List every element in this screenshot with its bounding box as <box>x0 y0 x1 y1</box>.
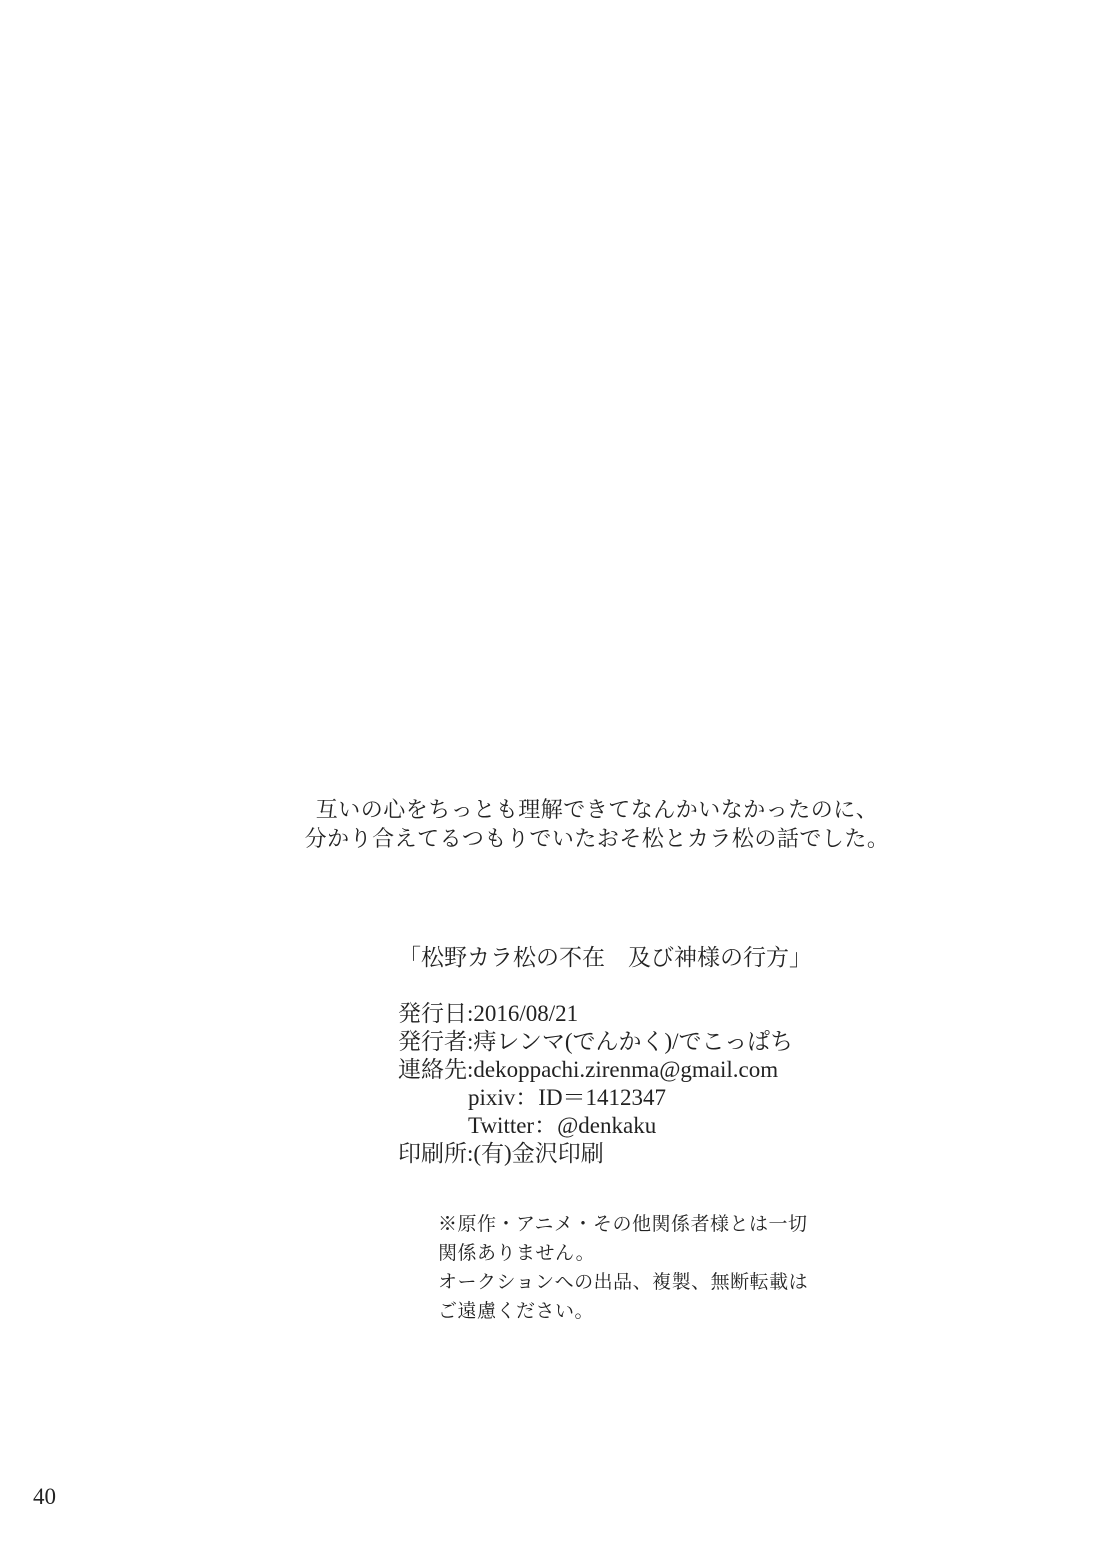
twitter-handle: Twitter：@denkaku <box>398 1112 812 1140</box>
doujinshi-colophon-page: 互いの心をちっとも理解できてなんかいなかったのに、 分かり合えてるつもりでいたお… <box>0 0 1100 1553</box>
colophon-block: 「松野カラ松の不在 及び神様の行方」 発行日:2016/08/21 発行者:痔レ… <box>398 944 812 1168</box>
disclaimer-line: オークションへの出品、複製、無断転載は <box>438 1268 808 1297</box>
disclaimer-block: ※原作・アニメ・その他関係者様とは一切 関係ありません。 オークションへの出品、… <box>438 1210 808 1326</box>
publisher: 発行者:痔レンマ(でんかく)/でこっぱち <box>398 1028 812 1056</box>
afterword-line: 互いの心をちっとも理解できてなんかいなかったのに、 <box>305 795 890 824</box>
disclaimer-line: 関係ありません。 <box>438 1239 808 1268</box>
printer: 印刷所:(有)金沢印刷 <box>398 1140 812 1168</box>
page-number: 40 <box>33 1484 56 1510</box>
contact-email: 連絡先:dekoppachi.zirenma@gmail.com <box>398 1056 812 1084</box>
pixiv-id: pixiv：ID＝1412347 <box>398 1084 812 1112</box>
publish-date: 発行日:2016/08/21 <box>398 1000 812 1028</box>
afterword-comment: 互いの心をちっとも理解できてなんかいなかったのに、 分かり合えてるつもりでいたお… <box>305 795 890 853</box>
disclaimer-line: ご遠慮ください。 <box>438 1297 808 1326</box>
afterword-line: 分かり合えてるつもりでいたおそ松とカラ松の話でした。 <box>305 824 890 853</box>
disclaimer-line: ※原作・アニメ・その他関係者様とは一切 <box>438 1210 808 1239</box>
book-title: 「松野カラ松の不在 及び神様の行方」 <box>398 944 812 972</box>
